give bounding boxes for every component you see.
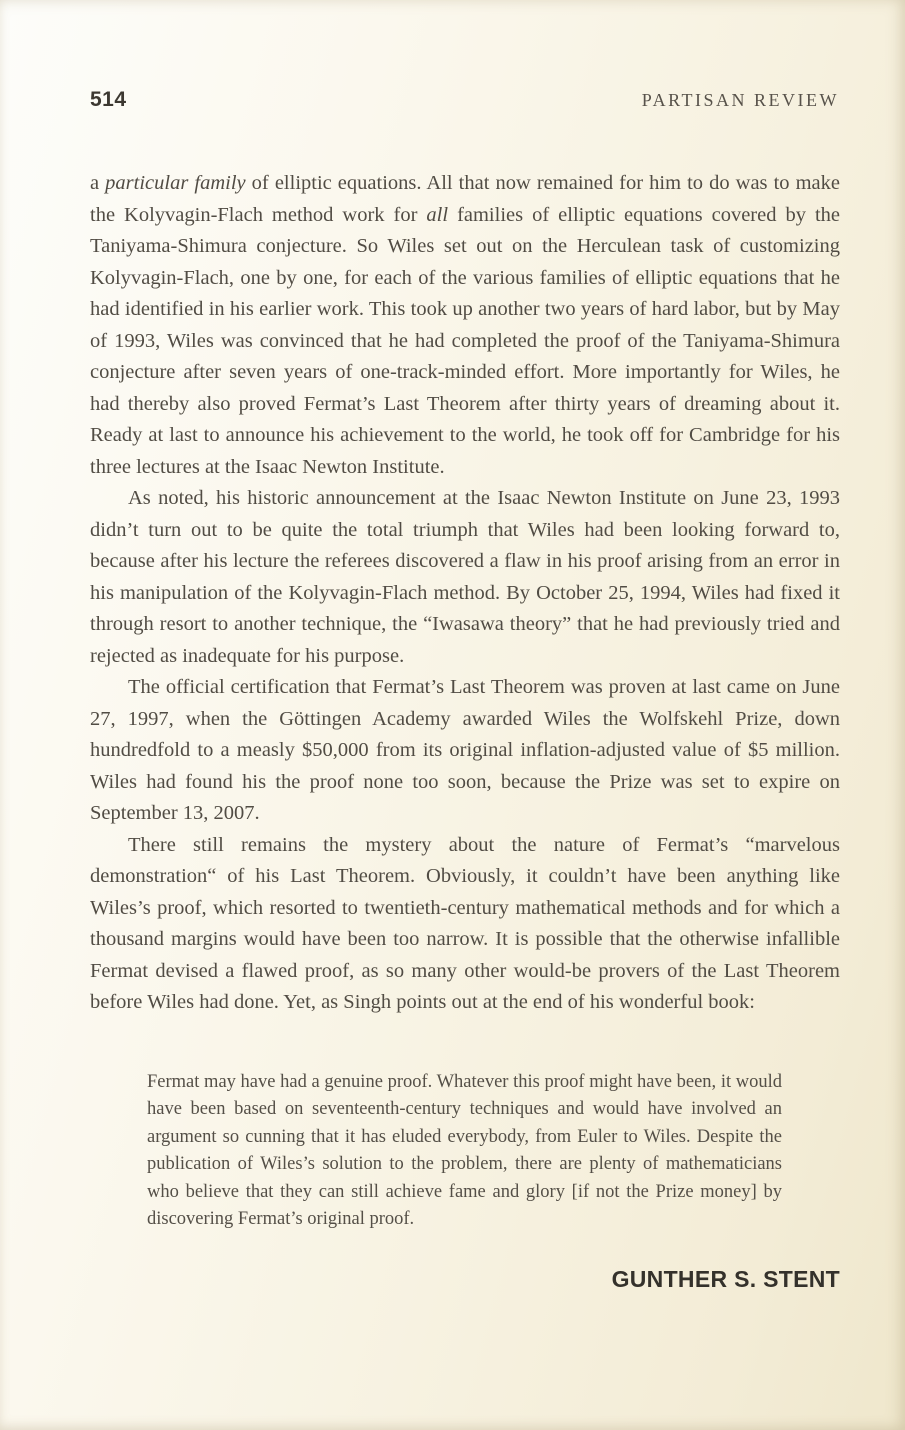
italic-text: particular family <box>105 172 245 194</box>
body-text: The official certification that Fermat’s… <box>90 676 840 824</box>
body-text: There still remains the mystery about th… <box>90 834 840 1014</box>
running-head: 514 PARTISAN REVIEW <box>90 88 839 112</box>
paragraph: a particular family of elliptic equation… <box>90 168 840 483</box>
body-text: a <box>90 172 105 194</box>
body-text: families of elliptic equations covered b… <box>90 204 840 478</box>
paragraph: There still remains the mystery about th… <box>90 830 840 1019</box>
page-number: 514 <box>90 88 127 112</box>
italic-text: all <box>426 204 448 226</box>
body-text: As noted, his historic announcement at t… <box>90 487 840 667</box>
journal-title: PARTISAN REVIEW <box>642 90 839 111</box>
scanned-book-page: 514 PARTISAN REVIEW a particular family … <box>0 0 905 1430</box>
paragraph: The official certification that Fermat’s… <box>90 672 840 830</box>
paragraph: As noted, his historic announcement at t… <box>90 483 840 672</box>
article-body: a particular family of elliptic equation… <box>90 168 840 1295</box>
author-byline: GUNTHER S. STENT <box>90 1264 840 1296</box>
block-quote: Fermat may have had a genuine proof. Wha… <box>147 1069 782 1234</box>
